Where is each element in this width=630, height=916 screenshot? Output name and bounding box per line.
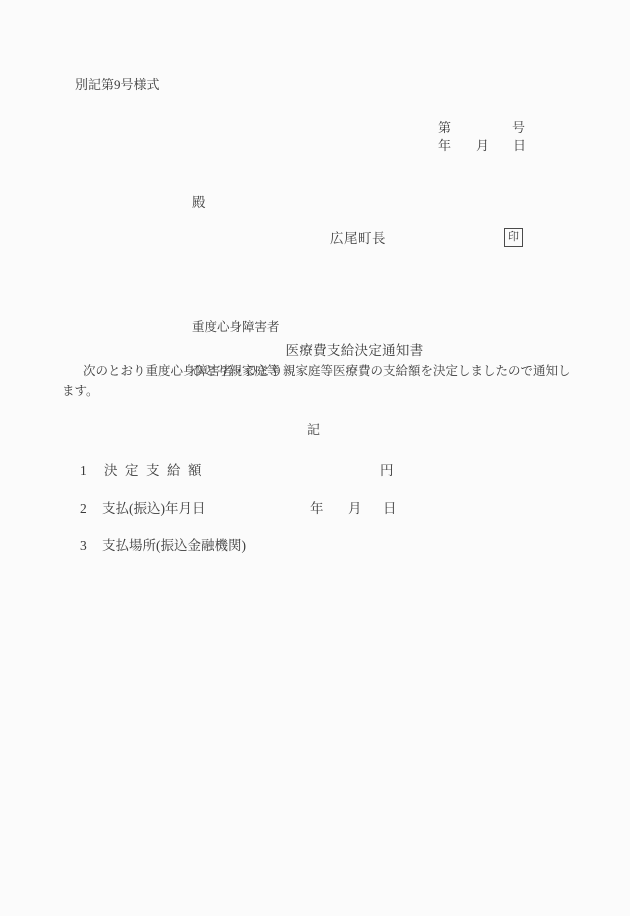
item-1-label: 決定支給額 [104,463,209,479]
header-day-label: 日 [513,139,526,154]
item-2-label: 支払(振込)年月日 [102,501,206,517]
item-1-number: 1 [80,463,87,479]
item-3-label: 支払場所(振込金融機関) [102,538,246,554]
form-number-label: 別記第9号様式 [75,78,160,93]
item-2-day-label: 日 [383,501,397,517]
title-stacked-line1: 重度心身障害者 [192,320,280,335]
item-2-year-label: 年 [310,501,324,517]
title-main: 医療費支給決定通知書 [286,339,424,359]
header-month-label: 月 [476,139,489,154]
header-year-label: 年 [438,139,451,154]
item-3-number: 3 [80,538,87,554]
item-1-unit-yen: 円 [380,463,394,479]
body-paragraph: 次のとおり重度心身障害者・ひとり親家庭等医療費の支給額を決定しましたので通知しま… [62,362,572,401]
doc-number-prefix: 第 [438,121,451,136]
item-2-number: 2 [80,501,87,517]
doc-number-suffix: 号 [512,121,525,136]
seal-mark: 印 [504,228,523,247]
list-heading: 記 [307,423,320,438]
addressee-honorific: 殿 [192,195,206,211]
issuer-name: 広尾町長 [330,231,386,247]
seal-label: 印 [508,232,519,243]
document-page: 別記第9号様式 第 号 年 月 日 殿 広尾町長 印 重度心身障害者 ひとり親家… [0,0,630,916]
item-2-month-label: 月 [348,501,362,517]
